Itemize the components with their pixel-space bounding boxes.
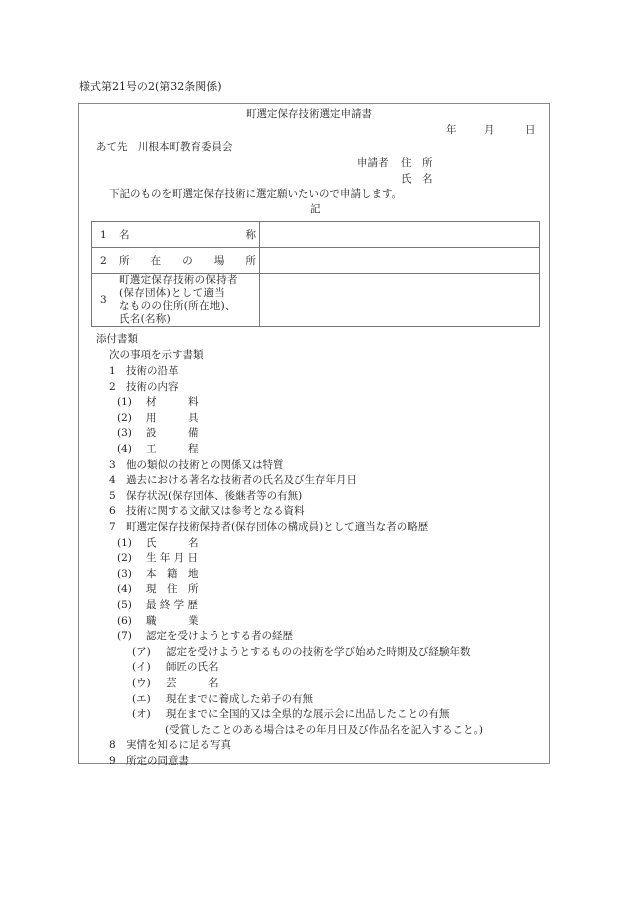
- item-number: 2: [109, 380, 116, 394]
- table-row: 3 町選定保存技術の保持者 (保存団体)として適当 なものの住所(所在地)、 氏…: [92, 274, 540, 327]
- item-number: (2): [117, 411, 132, 425]
- ki-label: 記: [310, 202, 321, 216]
- applicant-name-label: 氏 名: [401, 172, 433, 186]
- list-item: 現 住 所: [146, 582, 199, 596]
- label-line: (保存団体)として適当: [119, 287, 238, 300]
- name-value-field[interactable]: [260, 222, 540, 248]
- list-item: 最 終 学 歴: [146, 598, 198, 612]
- label-char: 所: [246, 253, 257, 268]
- list-item: 設 備: [146, 426, 199, 440]
- list-item: 材 料: [146, 395, 199, 409]
- item-number: 6: [109, 504, 116, 518]
- list-item: 工 程: [146, 442, 199, 456]
- item-number: (ウ): [132, 676, 151, 690]
- label-char: 在: [151, 253, 162, 268]
- document-title: 町選定保存技術選定申請書: [246, 107, 372, 121]
- table-row: 2 所 在 の 場 所: [92, 248, 540, 274]
- list-item: 芸 名: [166, 676, 219, 690]
- item-number: 8: [109, 738, 116, 752]
- list-item: 技術に関する文献又は参考となる資料: [126, 504, 305, 518]
- item-number: 4: [109, 473, 116, 487]
- list-item: 現在までに養成した弟子の有無: [166, 692, 313, 706]
- request-sentence: 下記のものを町選定保存技術に選定願いたいので申請します。: [109, 187, 402, 201]
- list-item: 生 年 月 日: [146, 551, 198, 565]
- list-item: 技術の沿革: [126, 364, 179, 378]
- list-item: 職 業: [146, 614, 199, 628]
- row-number: 1: [92, 229, 114, 241]
- item-number: (2): [117, 551, 132, 565]
- item-number: 5: [109, 489, 116, 503]
- list-item: 本 籍 地: [146, 567, 199, 581]
- item-number: (5): [117, 598, 132, 612]
- row-number: 3: [92, 294, 114, 306]
- label-char: 称: [246, 227, 257, 242]
- item-number: 3: [109, 458, 116, 472]
- applicant-label: 申請者: [357, 156, 389, 170]
- label-char: 名: [119, 227, 130, 242]
- attachments-intro: 次の事項を示す書類: [109, 348, 204, 362]
- list-item: 氏 名: [146, 536, 199, 550]
- item-number: 1: [109, 364, 116, 378]
- label-line: 氏名(名称): [119, 313, 238, 326]
- holder-value-field[interactable]: [260, 274, 540, 327]
- label-line: 町選定保存技術の保持者: [119, 274, 238, 287]
- list-item: 認定を受けようとするものの技術を学び始めた時期及び経験年数: [166, 645, 471, 659]
- list-item: 実情を知るに足る写真: [126, 738, 231, 752]
- item-number: (3): [117, 567, 132, 581]
- date-month: 月: [484, 123, 495, 137]
- list-item: 所定の同意書: [126, 754, 189, 768]
- table-row: 1 名 称: [92, 222, 540, 248]
- item-number: (1): [117, 536, 132, 550]
- list-item: 現在までに全国的又は全県的な展示会に出品したことの有無: [166, 707, 450, 721]
- list-item: 技術の内容: [126, 380, 179, 394]
- list-item: 町選定保存技術保持者(保存団体の構成員)として適当な者の略歴: [126, 520, 428, 534]
- list-item: 師匠の氏名: [166, 660, 219, 674]
- list-item: 保存状況(保存団体、後継者等の有無): [126, 489, 302, 503]
- date-year: 年: [446, 123, 457, 137]
- location-value-field[interactable]: [260, 248, 540, 274]
- item-note: (受賞したことのある場合はその年月日及び作品名を記入すること。): [165, 723, 483, 737]
- label-line: なものの住所(所在地)、: [119, 300, 238, 313]
- item-number: (4): [117, 442, 132, 456]
- label-char: の: [182, 253, 193, 268]
- application-table: 1 名 称 2 所 在 の 場 所: [91, 221, 540, 327]
- item-number: (6): [117, 614, 132, 628]
- date-day: 日: [525, 123, 536, 137]
- addressee: あて先 川根本町教育委員会: [96, 140, 233, 154]
- list-item: 他の類似の技術との関係又は特質: [126, 458, 284, 472]
- item-number: 7: [109, 520, 116, 534]
- form-number: 様式第21号の2(第32条関係): [79, 80, 222, 94]
- list-item: 過去における著名な技術者の氏名及び生存年月日: [126, 473, 357, 487]
- label-char: 場: [214, 253, 225, 268]
- applicant-address-label: 住 所: [401, 156, 433, 170]
- row-number: 2: [92, 255, 114, 267]
- item-number: (エ): [132, 692, 151, 706]
- item-number: 9: [109, 754, 116, 768]
- list-item: 認定を受けようとする者の経歴: [146, 629, 293, 643]
- item-number: (ア): [132, 645, 151, 659]
- item-number: (3): [117, 426, 132, 440]
- item-number: (7): [117, 629, 132, 643]
- item-number: (オ): [132, 707, 151, 721]
- item-number: (4): [117, 582, 132, 596]
- item-number: (イ): [132, 660, 151, 674]
- attachments-heading: 添付書類: [96, 332, 138, 346]
- item-number: (1): [117, 395, 132, 409]
- label-char: 所: [119, 253, 130, 268]
- list-item: 用 具: [146, 411, 199, 425]
